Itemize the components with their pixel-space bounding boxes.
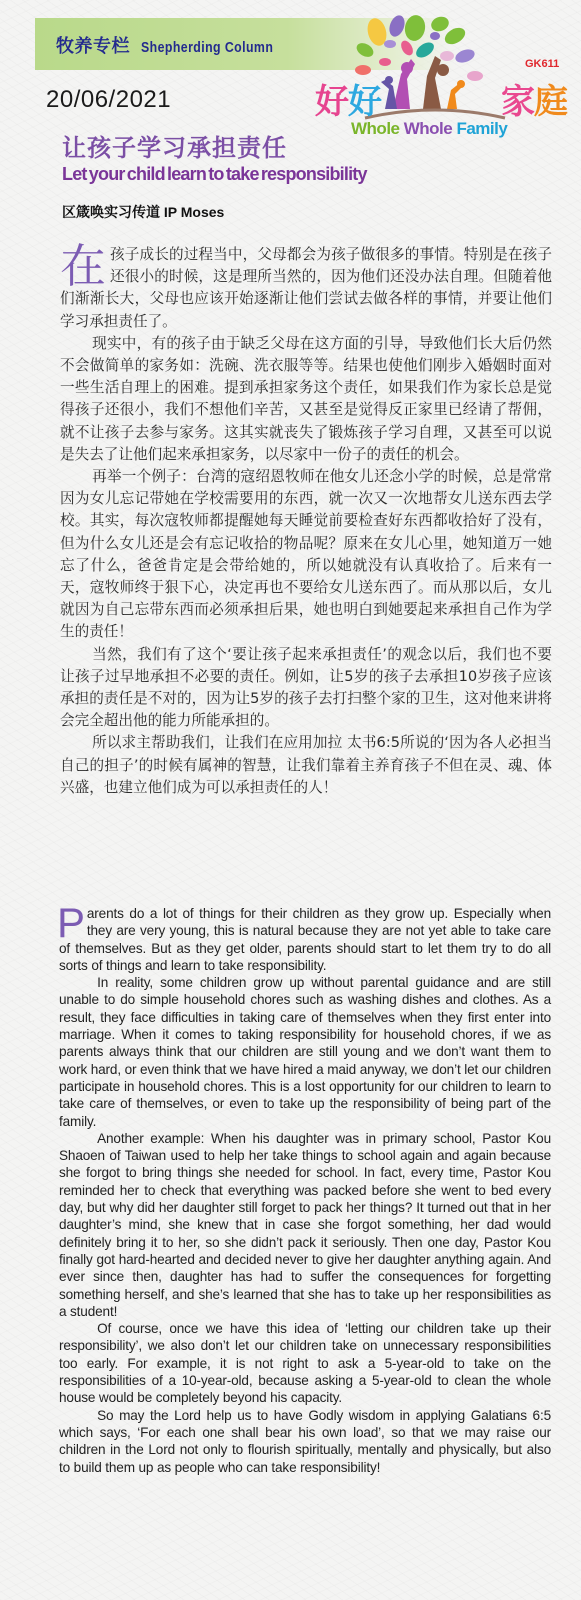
cn-paragraph-5: 所以求主帮助我们，让我们在应用加拉 太书6:5所说的‘因为各人必担当自己的担子’… [60, 732, 552, 799]
cn-paragraph-1: 在孩子成长的过程当中，父母都会为孩子做很多的事情。特别是在孩子还很小的时候，这是… [60, 244, 552, 333]
logo-word-2: Whole [404, 119, 453, 138]
logo-word-3: Family [456, 119, 507, 138]
cn-paragraph-2: 现实中，有的孩子由于缺乏父母在这方面的引导，导致他们长大后仍然不会做简单的家务如… [60, 333, 552, 466]
article-author: 区箴唤实习传道 IP Moses [62, 202, 224, 222]
en-paragraph-4: Of course, once we have this idea of ‘le… [59, 1320, 551, 1406]
logo-char-3: 家 [501, 83, 534, 121]
logo-char-4: 庭 [534, 83, 567, 121]
drop-cap-cn: 在 [60, 246, 106, 286]
article-title-en: Let your child learn to take responsibil… [62, 164, 367, 185]
en-paragraph-3: Another example: When his daughter was i… [59, 1130, 551, 1320]
whole-whole-family-logo: GK611 好好家庭 Whole Whole Family [315, 14, 565, 136]
logo-word-1: Whole [351, 119, 400, 138]
logo-chinese-text: 好好家庭 [315, 74, 567, 123]
article-title-cn: 让孩子学习承担责任 [62, 128, 287, 163]
cn-paragraph-4: 当然，我们有了这个‘要让孩子起来承担责任’的观念以后，我们也不要让孩子过早地承担… [60, 644, 552, 733]
logo-char-2: 好 [348, 83, 381, 121]
column-title: 牧养专栏 Shepherding Column [56, 32, 297, 58]
en-paragraph-5: So may the Lord help us to have Godly wi… [59, 1407, 551, 1476]
drop-cap-en: P [57, 907, 85, 939]
logo-tag: GK611 [525, 58, 559, 70]
cn-paragraph-3: 再举一个例子：台湾的寇绍恩牧师在他女儿还念小学的时候，总是常常因为女儿忘记带她在… [60, 466, 552, 644]
column-title-en: Shepherding Column [141, 40, 273, 56]
column-title-cn: 牧养专栏 [56, 36, 130, 56]
article-date: 20/06/2021 [46, 86, 171, 114]
article-body-english: Parents do a lot of things for their chi… [59, 905, 551, 1476]
logo-char-1: 好 [315, 83, 348, 121]
article-body-chinese: 在孩子成长的过程当中，父母都会为孩子做很多的事情。特别是在孩子还很小的时候，这是… [60, 244, 552, 799]
en-paragraph-2: In reality, some children grow up withou… [59, 974, 551, 1130]
en-paragraph-1: Parents do a lot of things for their chi… [59, 905, 551, 974]
logo-english-text: Whole Whole Family [351, 119, 507, 139]
